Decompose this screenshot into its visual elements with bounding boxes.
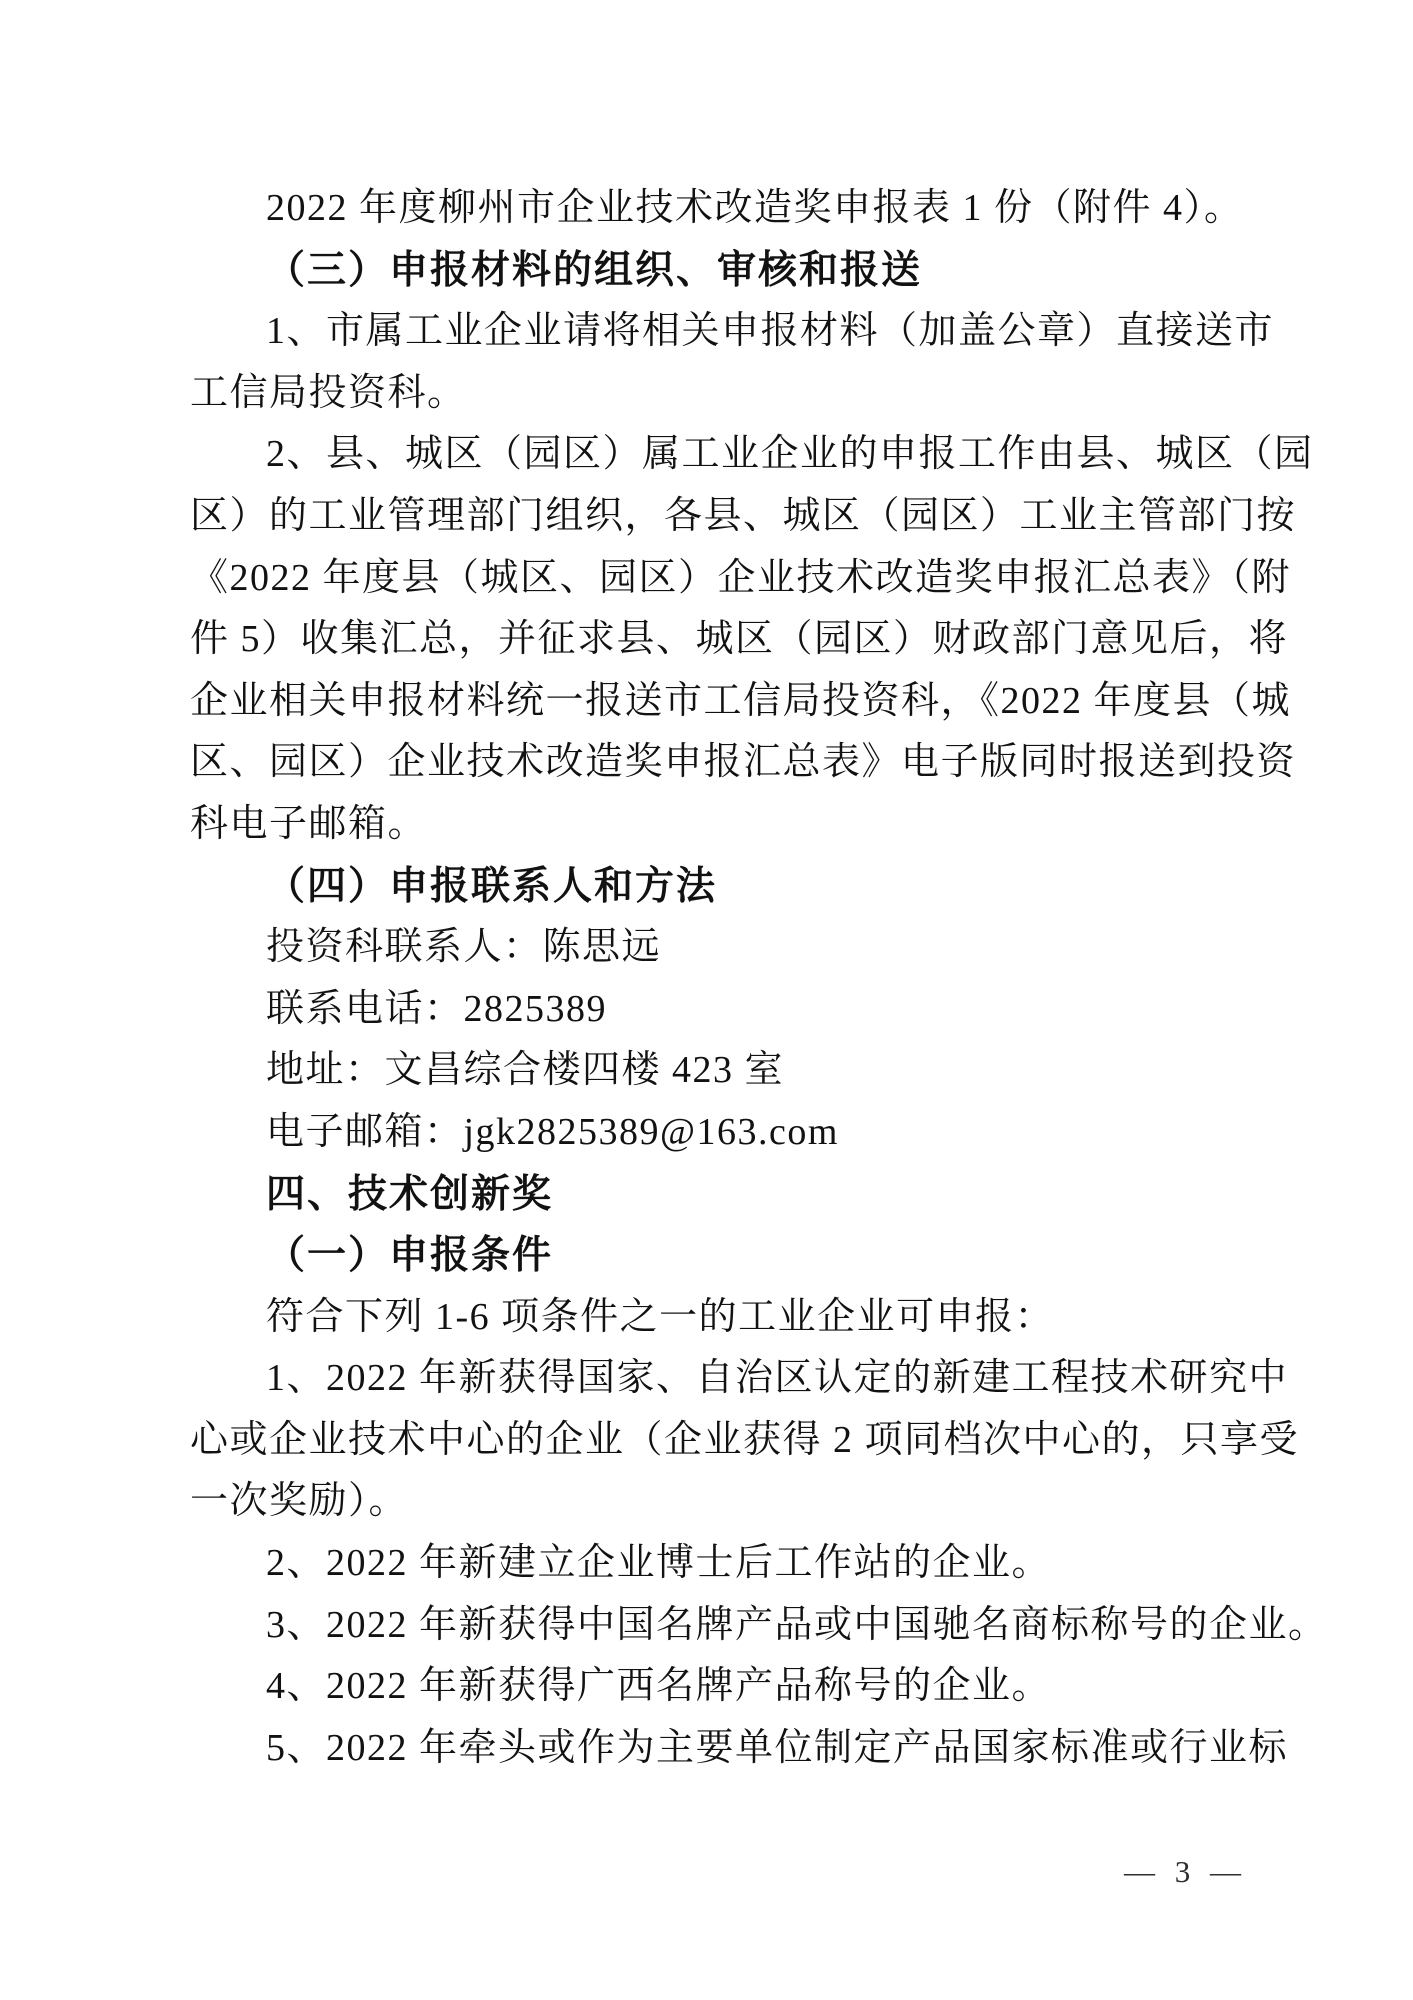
contact-address-line: 地址：文昌综合楼四楼 423 室 xyxy=(190,1040,1260,1102)
doc-line: 2、县、城区（园区）属工业企业的申报工作由县、城区（园 xyxy=(190,424,1260,486)
doc-line: 工信局投资科。 xyxy=(190,363,1260,425)
doc-line: 心或企业技术中心的企业（企业获得 2 项同档次中心的，只享受 xyxy=(190,1410,1260,1472)
doc-line: 科电子邮箱。 xyxy=(190,794,1260,856)
doc-line: 区、园区）企业技术改造奖申报汇总表》电子版同时报送到投资 xyxy=(190,732,1260,794)
section-heading: 四、技术创新奖 xyxy=(190,1164,1260,1226)
doc-line: 1、2022 年新获得国家、自治区认定的新建工程技术研究中 xyxy=(190,1348,1260,1410)
section-heading: （一）申报条件 xyxy=(190,1225,1260,1287)
doc-line: 5、2022 年牵头或作为主要单位制定产品国家标准或行业标 xyxy=(190,1718,1260,1780)
doc-line: 一次奖励）。 xyxy=(190,1471,1260,1533)
page-number: — 3 — xyxy=(1124,1852,1247,1892)
doc-line: 企业相关申报材料统一报送市工信局投资科，《2022 年度县（城 xyxy=(190,671,1260,733)
section-heading: （三）申报材料的组织、审核和报送 xyxy=(190,240,1260,302)
doc-line: 件 5）收集汇总，并征求县、城区（园区）财政部门意见后，将 xyxy=(190,609,1260,671)
contact-person-line: 投资科联系人：陈思远 xyxy=(190,917,1260,979)
contact-phone-line: 联系电话：2825389 xyxy=(190,979,1260,1041)
doc-line: 3、2022 年新获得中国名牌产品或中国驰名商标称号的企业。 xyxy=(190,1595,1260,1657)
document-page: 2022 年度柳州市企业技术改造奖申报表 1 份（附件 4）。 （三）申报材料的… xyxy=(0,0,1413,2000)
doc-line: 2、2022 年新建立企业博士后工作站的企业。 xyxy=(190,1533,1260,1595)
document-body: 2022 年度柳州市企业技术改造奖申报表 1 份（附件 4）。 （三）申报材料的… xyxy=(190,178,1260,1779)
doc-line: 1、市属工业企业请将相关申报材料（加盖公章）直接送市 xyxy=(190,301,1260,363)
doc-line: 《2022 年度县（城区、园区）企业技术改造奖申报汇总表》（附 xyxy=(190,548,1260,610)
doc-line: 4、2022 年新获得广西名牌产品称号的企业。 xyxy=(190,1656,1260,1718)
section-heading: （四）申报联系人和方法 xyxy=(190,856,1260,918)
doc-line: 区）的工业管理部门组织，各县、城区（园区）工业主管部门按 xyxy=(190,486,1260,548)
contact-email-line: 电子邮箱：jgk2825389@163.com xyxy=(190,1102,1260,1164)
doc-line: 2022 年度柳州市企业技术改造奖申报表 1 份（附件 4）。 xyxy=(190,178,1260,240)
doc-line: 符合下列 1-6 项条件之一的工业企业可申报： xyxy=(190,1287,1260,1349)
